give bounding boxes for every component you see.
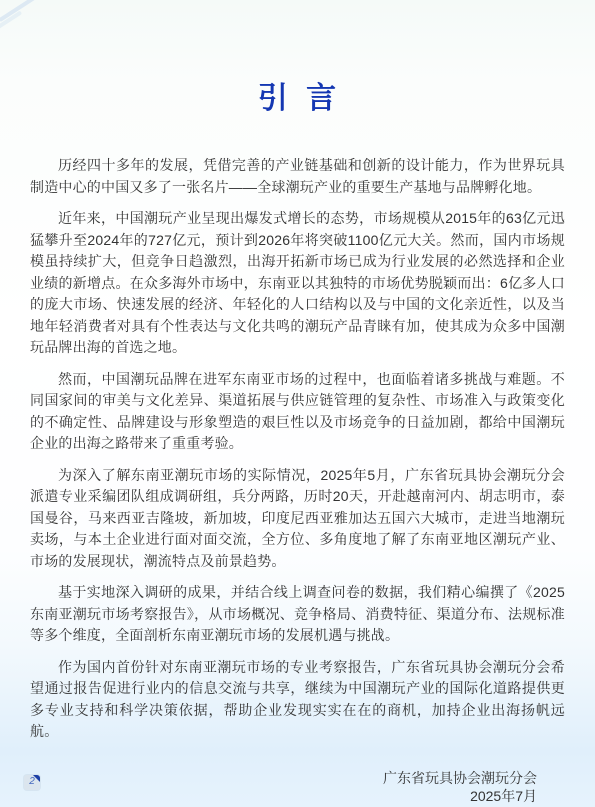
paragraph-1: 历经四十多年的发展，凭借完善的产业链基础和创新的设计能力，作为世界玩具制造中心的… (30, 155, 565, 198)
page-number-badge: 2 (24, 775, 40, 790)
body-text: 历经四十多年的发展，凭借完善的产业链基础和创新的设计能力，作为世界玩具制造中心的… (0, 155, 595, 743)
paragraph-2: 近年来，中国潮玩产业呈现出爆发式增长的态势，市场规模从2015年的63亿元迅猛攀… (30, 208, 565, 359)
paragraph-6: 作为国内首份针对东南亚潮玩市场的专业考察报告，广东省玩具协会潮玩分会希望通过报告… (30, 657, 565, 743)
signature-org: 广东省玩具协会潮玩分会 (0, 769, 537, 788)
paragraph-4: 为深入了解东南亚潮玩市场的实际情况，2025年5月，广东省玩具协会潮玩分会派遣专… (30, 465, 565, 573)
page-title: 引 言 (0, 0, 595, 114)
paragraph-5: 基于实地深入调研的成果，并结合线上调查问卷的数据，我们精心编撰了《2025东南亚… (30, 582, 565, 647)
paragraph-3: 然而，中国潮玩品牌在进军东南亚市场的过程中，也面临着诸多挑战与难题。不同国家间的… (30, 369, 565, 455)
report-intro-page: 引 言 历经四十多年的发展，凭借完善的产业链基础和创新的设计能力，作为世界玩具制… (0, 0, 595, 807)
signature-date: 2025年7月 (0, 787, 537, 806)
signature-block: 广东省玩具协会潮玩分会 2025年7月 (0, 769, 595, 806)
page-number: 2 (24, 776, 40, 787)
